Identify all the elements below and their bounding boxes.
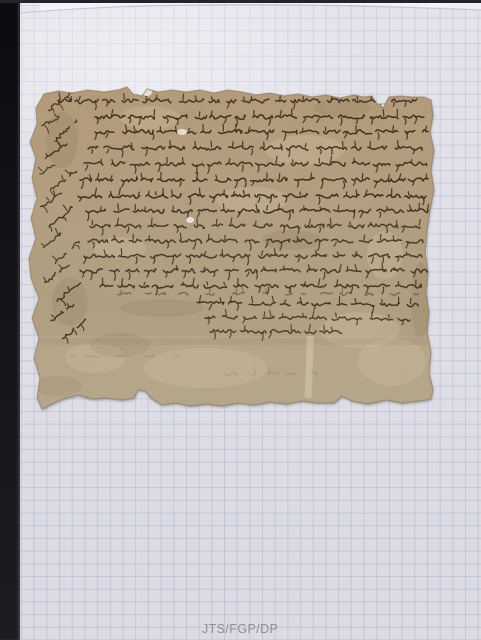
watermark-label: JTS/FGP/DP: [202, 622, 278, 636]
manuscript-fragment: [0, 0, 481, 640]
parchment-surface: [20, 80, 440, 416]
photo-frame-left: [0, 0, 20, 640]
photo-frame-top: [0, 0, 481, 3]
paper-curl-highlight: [40, 2, 481, 11]
manuscript-photo: JTS/FGP/DP: [0, 0, 481, 640]
